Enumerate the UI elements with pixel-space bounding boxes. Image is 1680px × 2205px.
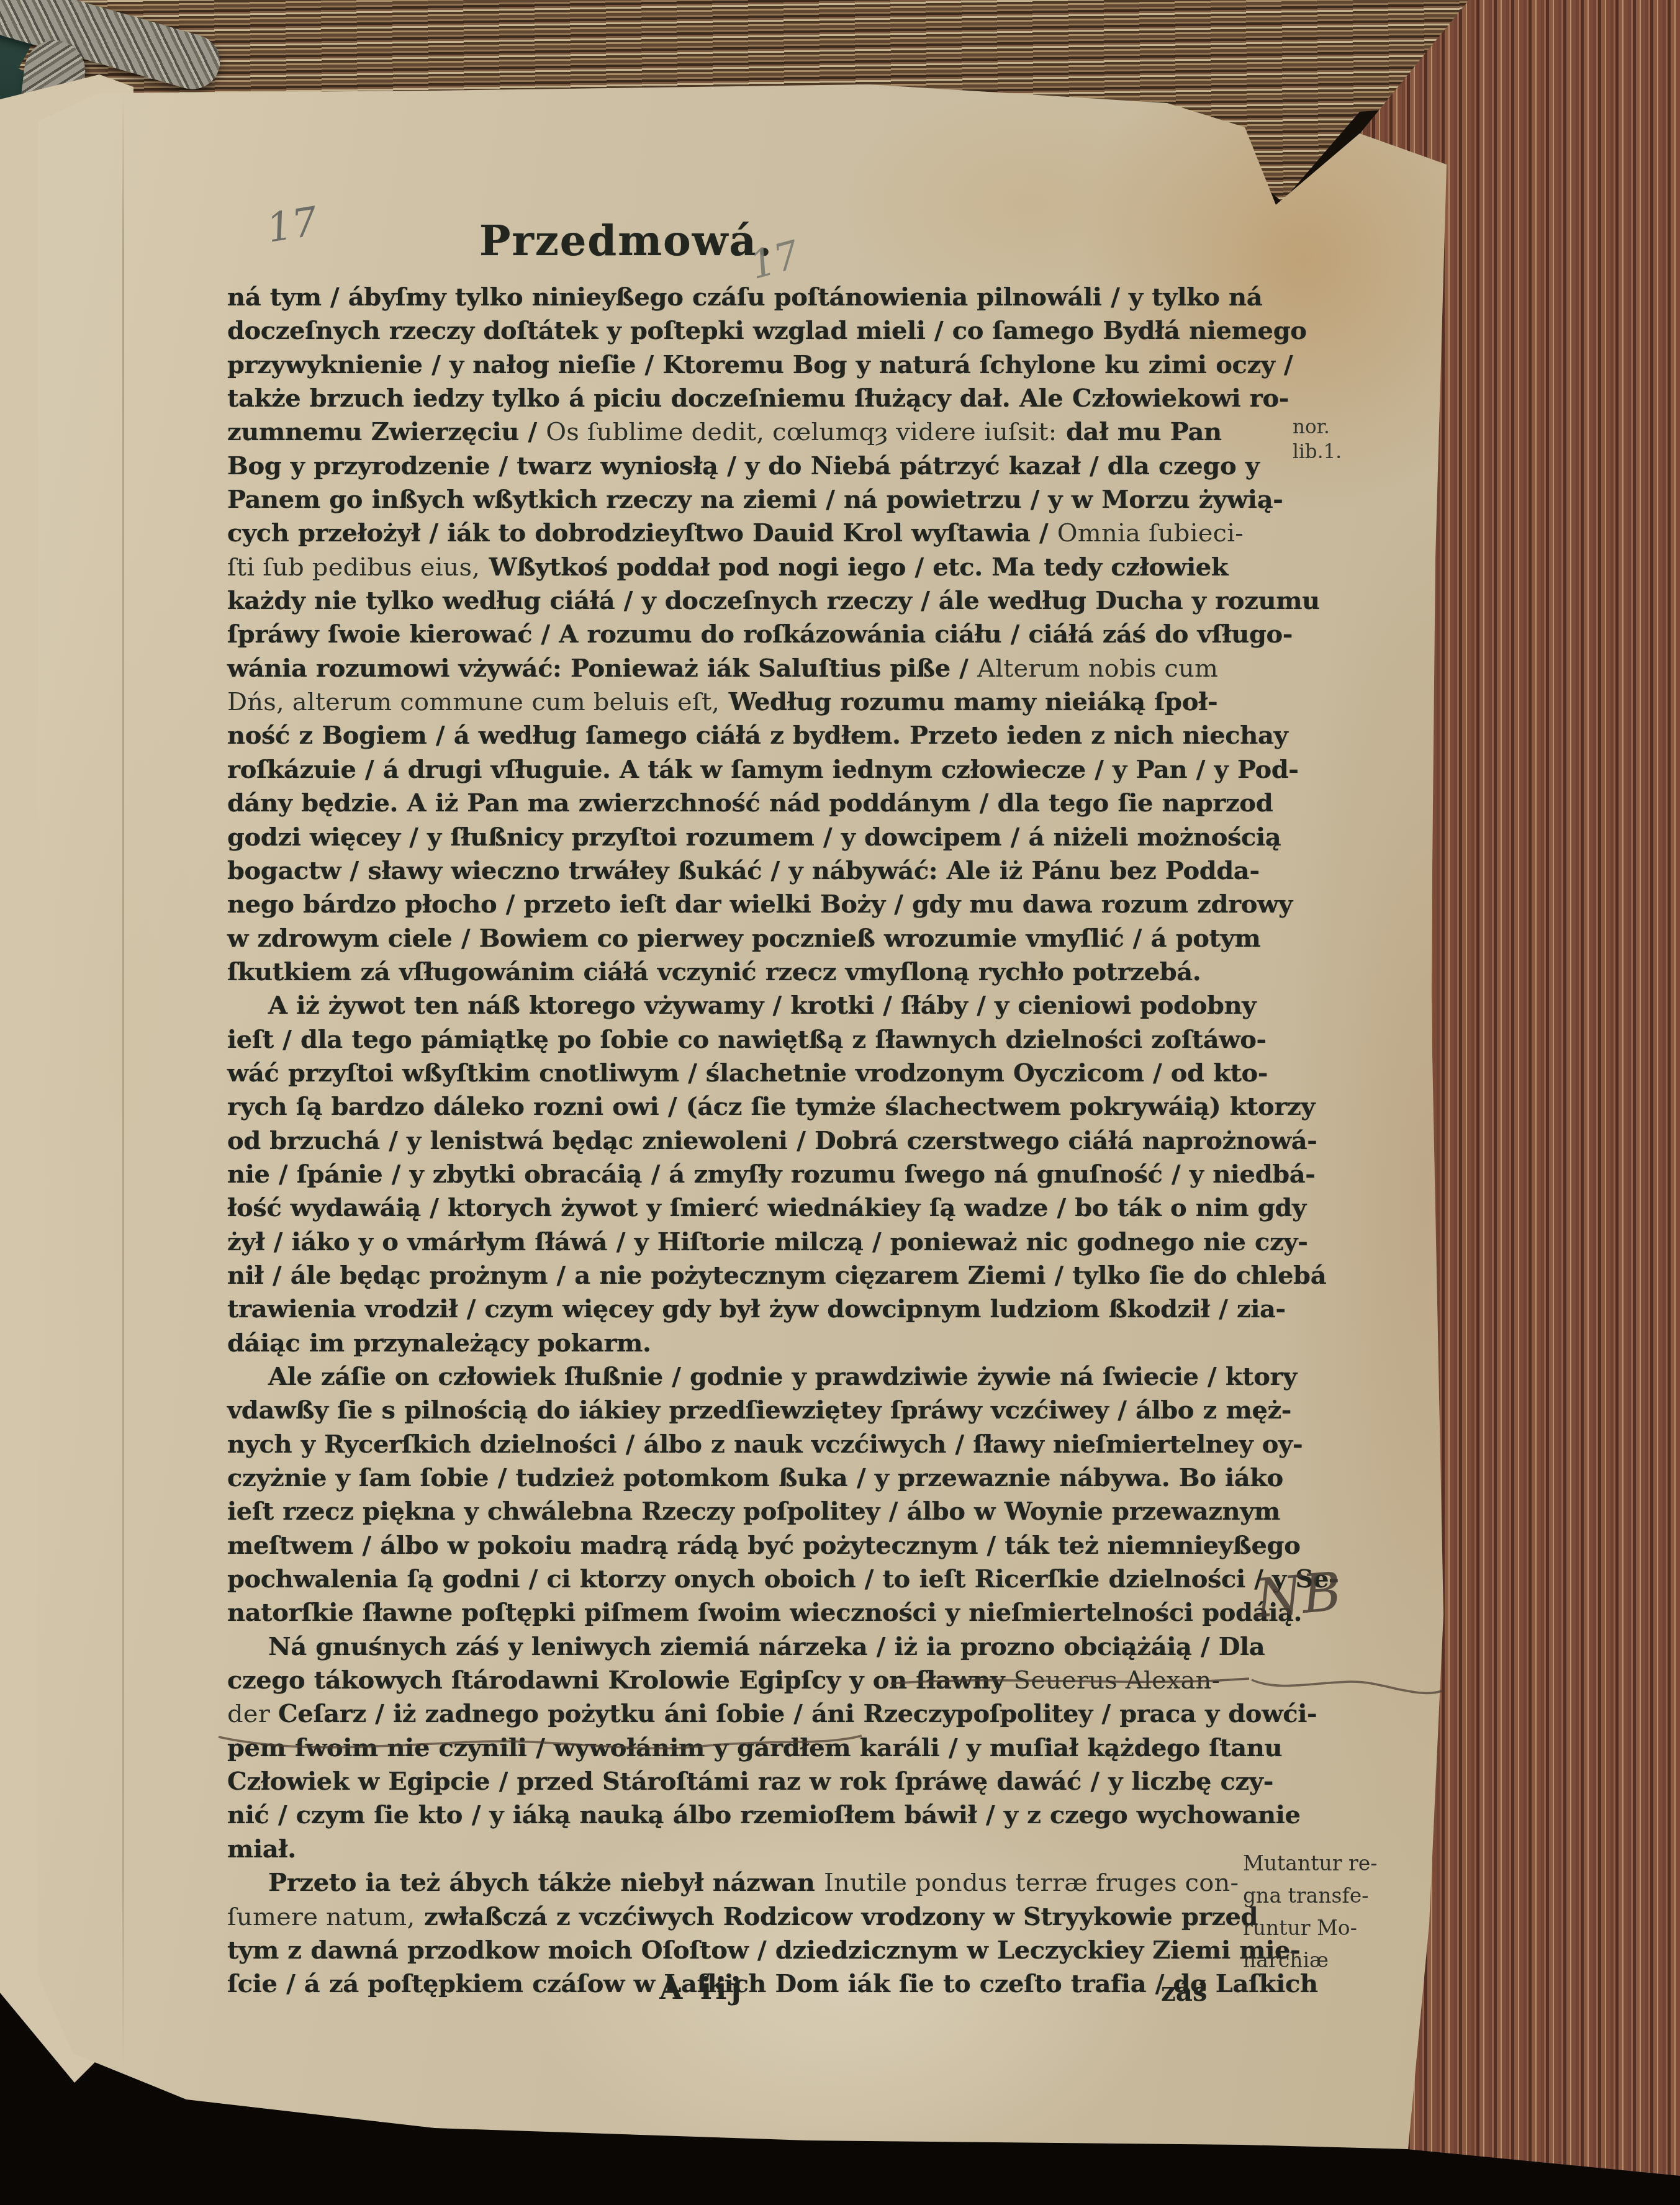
latin-text-segment: ſumere natum,: [227, 1903, 415, 1931]
text-line: godzi więcey / y ſłußnicy przyſtoi rozum…: [227, 821, 1283, 854]
latin-text-segment: ſti ſub pedibus eius,: [227, 553, 480, 582]
blackletter-text-segment: natorſkie ſławne poſtępki piſmem ſwoim w…: [227, 1598, 1302, 1627]
text-line: nego bárdzo płocho / przeto ieſt dar wie…: [227, 888, 1283, 921]
text-line: dány będzie. A iż Pan ma zwierzchność ná…: [227, 787, 1283, 820]
blackletter-text-segment: zumnemu Zwierzęciu /: [227, 417, 546, 446]
blackletter-text-segment: Ceſarz / iż zadnego pożytku áni ſobie / …: [278, 1699, 1317, 1728]
text-line: A iż żywot ten náß ktorego vżywamy / kro…: [227, 989, 1283, 1022]
blackletter-text-segment: bogactw / sławy wieczno trwáłey ßukáć / …: [227, 856, 1260, 885]
text-line: Panem go inßych wßytkich rzeczy na ziemi…: [227, 483, 1283, 516]
text-line: każdy nie tylko według ciáłá / y doczeſn…: [227, 584, 1283, 618]
blackletter-text-segment: zwłaßczá z vczćiwych Rodzicow vrodzony w…: [415, 1902, 1258, 1931]
text-line: czyżnie y ſam ſobie / tudzież potomkom ß…: [227, 1461, 1283, 1495]
text-line: ieſt / dla tego pámiątkę po ſobie co naw…: [227, 1023, 1283, 1057]
text-line: ná tym / ábyſmy tylko ninieyßego czáſu p…: [227, 281, 1283, 314]
text-line: tym z dawná przodkow moich Oſoſtow / dzi…: [227, 1934, 1283, 1967]
blackletter-text-segment: czego tákowych ſtárodawni Krolowie Egipſ…: [227, 1666, 1014, 1695]
blackletter-text-segment: dáiąc im przynależący pokarm.: [227, 1328, 651, 1358]
blackletter-text-segment: vdawßy ſie s pilnością do iákiey przedſi…: [227, 1396, 1291, 1425]
blackletter-text-segment: nie / ſpánie / y zbytki obracáią / á zmy…: [227, 1160, 1316, 1189]
blackletter-text-segment: trawienia vrodził / czym więcey gdy był …: [227, 1294, 1286, 1323]
blackletter-text-segment: wánia rozumowi vżywáć: Ponieważ iák Salu…: [227, 654, 977, 683]
text-line: żył / iáko y o vmárłym ſłáwá / y Hiſtori…: [227, 1225, 1283, 1259]
blackletter-text-segment: nił / ále będąc prożnym / a nie pożytecz…: [227, 1261, 1326, 1290]
text-block: ná tym / ábyſmy tylko ninieyßego czáſu p…: [227, 281, 1283, 2001]
blackletter-text-segment: nego bárdzo płocho / przeto ieſt dar wie…: [227, 890, 1293, 919]
blackletter-text-segment: pochwalenia ſą godni / ci ktorzy onych o…: [227, 1564, 1339, 1594]
text-line: także brzuch iedzy tylko á piciu doczeſn…: [227, 382, 1283, 415]
text-line: cych przełożył / iák to dobrodzieyſtwo D…: [227, 516, 1283, 550]
blackletter-text-segment: wáć przyſtoi wßyſtkim cnotliwym / ślache…: [227, 1058, 1268, 1088]
text-line: wáć przyſtoi wßyſtkim cnotliwym / ślache…: [227, 1057, 1283, 1090]
blackletter-text-segment: doczeſnych rzeczy doſtátek y poſtepki wz…: [227, 316, 1307, 345]
blackletter-text-segment: Ná gnuśnych záś y leniwych ziemiá nárzek…: [268, 1632, 1265, 1661]
text-line: nić / czym ſie kto / y iáką nauką álbo r…: [227, 1798, 1283, 1832]
handwritten-nb-note: NB: [1253, 1561, 1344, 1630]
blackletter-text-segment: w zdrowym ciele / Bowiem co pierwey pocz…: [227, 924, 1260, 953]
blackletter-text-segment: A iż żywot ten náß ktorego vżywamy / kro…: [268, 991, 1256, 1020]
text-line: wánia rozumowi vżywáć: Ponieważ iák Salu…: [227, 652, 1283, 685]
text-line: pem ſwoim nie czynili / wywołánim y gárd…: [227, 1731, 1283, 1765]
blackletter-text-segment: czyżnie y ſam ſobie / tudzież potomkom ß…: [227, 1463, 1283, 1492]
blackletter-text-segment: dány będzie. A iż Pan ma zwierzchność ná…: [227, 788, 1273, 818]
blackletter-text-segment: dał mu Pan: [1057, 417, 1222, 446]
text-line: nił / ále będąc prożnym / a nie pożytecz…: [227, 1259, 1283, 1292]
blackletter-text-segment: od brzuchá / y lenistwá będąc zniewoleni…: [227, 1126, 1317, 1155]
blackletter-text-segment: tym z dawná przodkow moich Oſoſtow / dzi…: [227, 1936, 1300, 1965]
text-line: rych ſą bardzo dáleko rozni owi / (ácz ſ…: [227, 1090, 1283, 1124]
blackletter-text-segment: pem ſwoim nie czynili / wywołánim y gárd…: [227, 1733, 1282, 1762]
blackletter-text-segment: Wßytkoś poddał pod nogi iego / etc. Ma t…: [480, 552, 1228, 582]
latin-text-segment: Os ſublime dedit, cœlumqȝ videre iuſsit:: [546, 418, 1057, 446]
latin-text-segment: Inutile pondus terræ fruges con-: [824, 1869, 1239, 1897]
text-line: ſcie / á zá poſtępkiem czáſow w Laſkich …: [227, 1967, 1283, 2001]
blackletter-text-segment: ſcie / á zá poſtępkiem czáſow w Laſkich …: [227, 1969, 1318, 1998]
pencil-folio-number-left: 17: [264, 199, 321, 252]
page-crease: [122, 93, 124, 2073]
margin-note-line: runtur Mo-: [1243, 1912, 1435, 1944]
text-line: ſkutkiem zá vſługowánim ciáłá vczynić rz…: [227, 955, 1283, 989]
margin-note-line: narchiæ: [1243, 1944, 1435, 1977]
blackletter-text-segment: żył / iáko y o vmárłym ſłáwá / y Hiſtori…: [227, 1227, 1307, 1256]
blackletter-text-segment: ieſt / dla tego pámiątkę po ſobie co naw…: [227, 1025, 1267, 1054]
blackletter-text-segment: także brzuch iedzy tylko á piciu doczeſn…: [227, 384, 1289, 413]
latin-text-segment: Alterum nobis cum: [977, 654, 1218, 683]
text-line: zumnemu Zwierzęciu / Os ſublime dedit, c…: [227, 415, 1283, 449]
margin-note-citation: nor. lib.1.: [1293, 415, 1342, 464]
blackletter-text-segment: każdy nie tylko według ciáłá / y doczeſn…: [227, 586, 1320, 615]
text-line: Dńs, alterum commune cum beluis eſt, Wed…: [227, 685, 1283, 719]
margin-note-line: Mutantur re-: [1243, 1847, 1435, 1880]
text-line: ſumere natum, zwłaßczá z vczćiwych Rodzi…: [227, 1900, 1283, 1934]
blackletter-text-segment: Ale záſie on człowiek ſłußnie / godnie y…: [268, 1362, 1297, 1391]
blackletter-text-segment: ność z Bogiem / á według ſamego ciáłá z …: [227, 721, 1288, 750]
blackletter-text-segment: meſtwem / álbo w pokoiu madrą rádą być p…: [227, 1531, 1300, 1560]
signature-mark: A iij: [659, 1972, 745, 2006]
text-line: vdawßy ſie s pilnością do iákiey przedſi…: [227, 1394, 1283, 1427]
text-line: miał.: [227, 1833, 1283, 1866]
text-line: ſti ſub pedibus eius, Wßytkoś poddał pod…: [227, 551, 1283, 584]
blackletter-text-segment: łość wydawáią / ktorych żywot y ſmierć w…: [227, 1193, 1306, 1222]
text-line: trawienia vrodził / czym więcey gdy był …: [227, 1292, 1283, 1326]
text-line: ieſt rzecz piękna y chwálebna Rzeczy poſ…: [227, 1495, 1283, 1528]
blackletter-text-segment: ná tym / ábyſmy tylko ninieyßego czáſu p…: [227, 282, 1262, 312]
text-line: łość wydawáią / ktorych żywot y ſmierć w…: [227, 1191, 1283, 1225]
margin-note-mutantur: Mutantur re- gna transfe- runtur Mo- nar…: [1243, 1847, 1435, 1977]
text-line: roſkázuie / á drugi vſługuie. A ták w ſa…: [227, 753, 1283, 787]
text-line: w zdrowym ciele / Bowiem co pierwey pocz…: [227, 922, 1283, 955]
text-line: od brzuchá / y lenistwá będąc zniewoleni…: [227, 1124, 1283, 1158]
blackletter-text-segment: Przeto ia też ábych tákże niebył názwan: [268, 1868, 824, 1897]
text-line: ność z Bogiem / á według ſamego ciáłá z …: [227, 719, 1283, 752]
blackletter-text-segment: Według rozumu mamy nieiáką ſpoł-: [720, 687, 1217, 716]
text-line: doczeſnych rzeczy doſtátek y poſtepki wz…: [227, 314, 1283, 348]
latin-text-segment: Dńs, alterum commune cum beluis eſt,: [227, 688, 720, 716]
blackletter-text-segment: nych y Rycerſkich dzielności / álbo z na…: [227, 1430, 1303, 1459]
text-line: der Ceſarz / iż zadnego pożytku áni ſobi…: [227, 1697, 1283, 1731]
blackletter-text-segment: rych ſą bardzo dáleko rozni owi / (ácz ſ…: [227, 1092, 1315, 1121]
page-heading: Przedmowá.: [479, 216, 773, 265]
blackletter-text-segment: nić / czym ſie kto / y iáką nauką álbo r…: [227, 1800, 1301, 1829]
text-line: Ná gnuśnych záś y leniwych ziemiá nárzek…: [227, 1630, 1283, 1664]
margin-note-line: nor.: [1293, 415, 1342, 440]
blackletter-text-segment: przywyknienie / y nałog nieſie / Ktoremu…: [227, 350, 1293, 379]
blackletter-text-segment: roſkázuie / á drugi vſługuie. A ták w ſa…: [227, 755, 1299, 784]
text-line: ſpráwy ſwoie kierować / A rozumu do roſk…: [227, 618, 1283, 651]
text-line: meſtwem / álbo w pokoiu madrą rádą być p…: [227, 1529, 1283, 1562]
text-line: przywyknienie / y nałog nieſie / Ktoremu…: [227, 348, 1283, 382]
blackletter-text-segment: godzi więcey / y ſłußnicy przyſtoi rozum…: [227, 823, 1281, 852]
blackletter-text-segment: ſpráwy ſwoie kierować / A rozumu do roſk…: [227, 620, 1293, 649]
blackletter-text-segment: cych przełożył / iák to dobrodzieyſtwo D…: [227, 518, 1057, 548]
text-line: Przeto ia też ábych tákże niebył názwan …: [227, 1866, 1283, 1900]
latin-text-segment: der: [227, 1700, 278, 1728]
latin-text-segment: Seuerus Alexan-: [1014, 1666, 1221, 1695]
catchword: záś: [1161, 1977, 1208, 2007]
text-line: Bog y przyrodzenie / twarz wyniosłą / y …: [227, 449, 1283, 483]
text-line: dáiąc im przynależący pokarm.: [227, 1327, 1283, 1360]
blackletter-text-segment: Panem go inßych wßytkich rzeczy na ziemi…: [227, 485, 1283, 514]
text-line: natorſkie ſławne poſtępki piſmem ſwoim w…: [227, 1596, 1283, 1630]
book-photo: 17 Przedmowá. 17 ná tym / ábyſmy tylko n…: [0, 0, 1680, 2205]
text-line: nie / ſpánie / y zbytki obracáią / á zmy…: [227, 1158, 1283, 1191]
text-line: czego tákowych ſtárodawni Krolowie Egipſ…: [227, 1664, 1283, 1697]
blackletter-text-segment: miał.: [227, 1834, 296, 1864]
blackletter-text-segment: Bog y przyrodzenie / twarz wyniosłą / y …: [227, 451, 1260, 480]
text-line: Człowiek w Egipcie / przed Stároſtámi ra…: [227, 1765, 1283, 1798]
text-line: pochwalenia ſą godni / ci ktorzy onych o…: [227, 1562, 1283, 1596]
text-line: nych y Rycerſkich dzielności / álbo z na…: [227, 1428, 1283, 1461]
text-line: Ale záſie on człowiek ſłußnie / godnie y…: [227, 1360, 1283, 1394]
blackletter-text-segment: ſkutkiem zá vſługowánim ciáłá vczynić rz…: [227, 957, 1201, 986]
text-line: bogactw / sławy wieczno trwáłey ßukáć / …: [227, 854, 1283, 888]
blackletter-text-segment: Człowiek w Egipcie / przed Stároſtámi ra…: [227, 1767, 1273, 1796]
blackletter-text-segment: ieſt rzecz piękna y chwálebna Rzeczy poſ…: [227, 1497, 1280, 1526]
margin-note-line: lib.1.: [1293, 440, 1342, 464]
margin-note-line: gna transfe-: [1243, 1880, 1435, 1912]
latin-text-segment: Omnia ſubieci-: [1057, 519, 1244, 548]
